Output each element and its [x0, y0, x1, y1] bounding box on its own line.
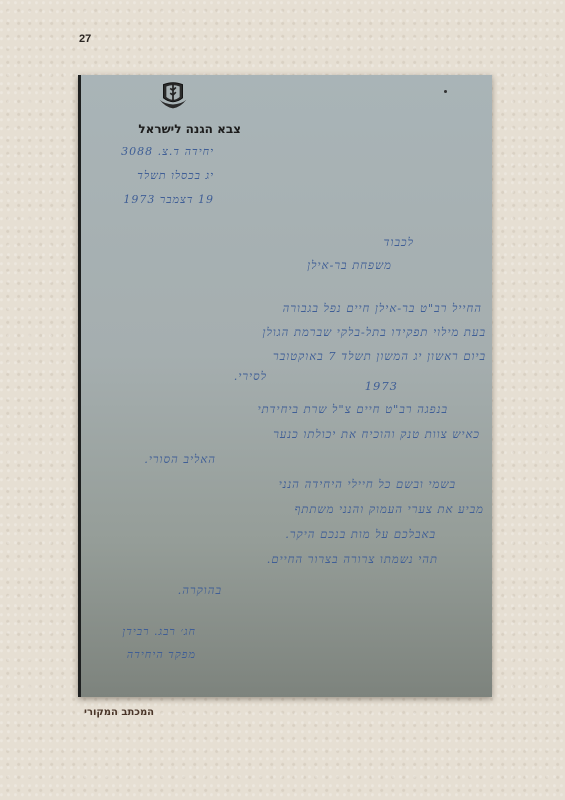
body-line: מביע את צערי העמוק והנני משתתף [294, 502, 484, 516]
body-line: ביום ראשון יג המשון תשלד 7 באוקטובר [273, 349, 486, 363]
signature-title: מפקד היחידה [127, 648, 196, 661]
idf-emblem-icon [154, 77, 192, 115]
salutation-family: משפחת בר-אילן [307, 258, 392, 272]
body-line: כאיש צוות טנק והוכיח את יכולתו כנער [273, 427, 480, 441]
closing: בהוקרה. [178, 583, 222, 597]
body-line: בשמי ובשם כל חיילי היחידה הנני [279, 477, 456, 491]
body-line: לסירי. [234, 369, 267, 383]
header-line-date: 19 דצמבר 1973 [123, 193, 214, 206]
header-line-unit: יחידה ד.צ. 3088 [121, 145, 214, 158]
body-line: החייל רב"ט בר-אילן חיים נפל בגבורה [283, 301, 482, 315]
letterhead-title: צבא הגנה לישראל [111, 122, 241, 136]
body-line: בעת מילוי תפקידו בתל-בלקי שברמת הגולן [263, 325, 486, 339]
body-line: באבלכם על מות בנכם היקר. [285, 527, 436, 541]
original-letter-scan: צבא הגנה לישראל יחידה ד.צ. 3088 יג בכסלו… [78, 75, 492, 697]
signature-name: חג׳ רבג. רבידן [122, 625, 196, 638]
body-line: האליב הסורי. [144, 452, 216, 466]
body-line: תהי נשמתו צרורה בצרור החיים. [267, 552, 438, 566]
header-line-hebrew-date: יג בכסלו תשלד [137, 169, 214, 182]
figure-caption: המכתב המקורי [84, 707, 154, 718]
paper-speck [444, 90, 447, 93]
body-line: בנפגה רב"ט חיים צ"ל שרת ביחידתי [258, 402, 448, 416]
salutation-to: לכבוד [384, 235, 414, 249]
page-number: 27 [79, 33, 91, 45]
body-line: 1973 [365, 379, 398, 393]
